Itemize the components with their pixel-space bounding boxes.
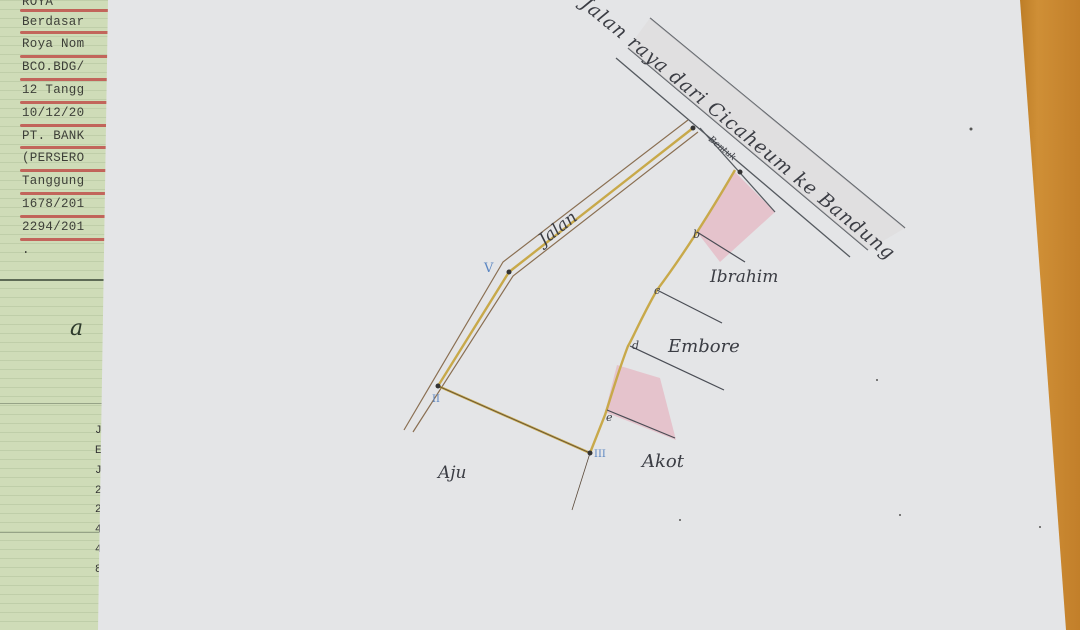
boundary-letter: e xyxy=(606,411,613,424)
neighbor-label-akot: Akot xyxy=(640,451,685,472)
vertex-label: III xyxy=(594,449,606,460)
paper-sheet xyxy=(98,0,1066,630)
boundary-letter: d xyxy=(632,339,639,352)
boundary-letter: b xyxy=(693,228,700,241)
vertex-label: II xyxy=(432,394,440,405)
neighbor-label-embore: Embore xyxy=(667,336,740,357)
neighbor-label-ibrahim: Ibrahim xyxy=(709,267,778,287)
photo-scene: ROYA Berdasar Roya Nom BCO.BDG/ 12 Tangg… xyxy=(0,0,1080,630)
sketch-map-sheet: V II III b c d e Jalan raya dari Cicaheu… xyxy=(0,0,1080,630)
boundary-letter: c xyxy=(654,284,660,297)
vertex-label: V xyxy=(483,261,494,276)
neighbor-label-aju: Aju xyxy=(436,463,467,483)
